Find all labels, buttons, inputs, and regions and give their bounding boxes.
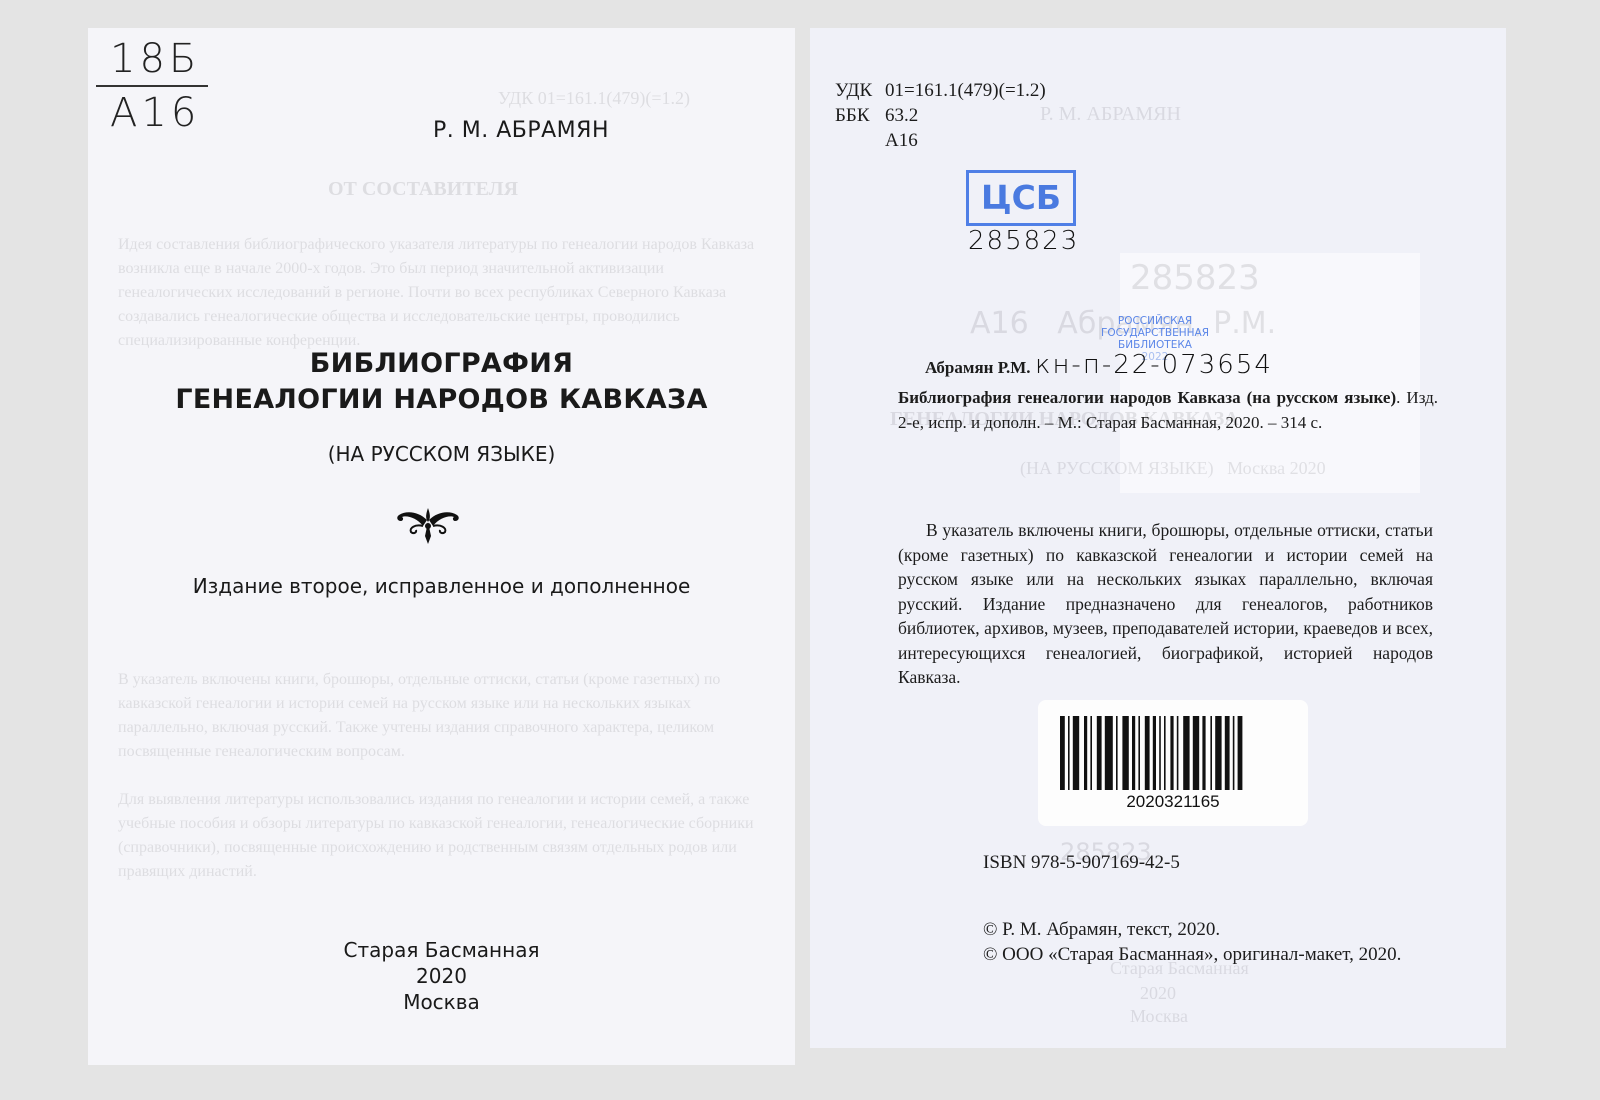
publication-year: 2020 bbox=[88, 964, 795, 988]
bibliographic-description: Библиография генеалогии народов Кавказа … bbox=[898, 386, 1438, 435]
barcode-sticker: 2020321165 bbox=[1038, 700, 1308, 826]
book-subtitle: (НА РУССКОМ ЯЗЫКЕ) bbox=[88, 442, 795, 466]
book-title-line1: БИБЛИОГРАФИЯ bbox=[88, 348, 795, 379]
bibliographic-title: Библиография генеалогии народов Кавказа … bbox=[898, 388, 1396, 407]
rgb-stamp-line1: РОССИЙСКАЯ bbox=[1090, 315, 1220, 327]
imprint-page: Р. М. АБРАМЯН 285823 А16 Абрамян, Р.М. Г… bbox=[810, 28, 1506, 1048]
bibliographic-author: Абрамян Р.М. bbox=[925, 358, 1031, 378]
bleed-through-text: Идея составления библиографического указ… bbox=[118, 233, 758, 353]
copyright-author: © Р. М. Абрамян, текст, 2020. bbox=[983, 919, 1220, 941]
bbk-value: 63.2 bbox=[885, 105, 918, 126]
author-name: Р. М. АБРАМЯН bbox=[433, 118, 713, 143]
udk-label: УДК bbox=[835, 80, 885, 102]
shelf-mark-top: 18Б bbox=[110, 36, 200, 82]
bleed-through-text: Для выявления литературы использовались … bbox=[118, 788, 758, 884]
udk-value: 01=161.1(479)(=1.2) bbox=[885, 80, 1046, 101]
rgb-stamp-line2: ГОСУДАРСТВЕННАЯ bbox=[1090, 327, 1220, 339]
library-stamp: ЦСБ bbox=[966, 170, 1076, 226]
annotation-text: В указатель включены книги, брошюры, отд… bbox=[898, 518, 1433, 690]
bleed-through-text: 2020 bbox=[1140, 983, 1176, 1004]
bleed-through-text: 285823 bbox=[1130, 258, 1260, 298]
author-mark: А16 bbox=[885, 130, 918, 152]
bleed-through-text: Р. М. АБРАМЯН bbox=[1040, 103, 1181, 126]
bleed-through-text: УДК 01=161.1(479)(=1.2) bbox=[498, 88, 690, 109]
barcode-number: 2020321165 bbox=[1038, 792, 1308, 812]
title-page: УДК 01=161.1(479)(=1.2) ОТ СОСТАВИТЕЛЯ И… bbox=[88, 28, 795, 1065]
bbk-label: ББК bbox=[835, 105, 885, 127]
bleed-through-text: Москва bbox=[1130, 1006, 1188, 1027]
publisher-name: Старая Басманная bbox=[88, 938, 795, 962]
barcode-icon bbox=[1060, 716, 1290, 790]
bleed-through-text: (НА РУССКОМ ЯЗЫКЕ) Москва 2020 bbox=[1020, 458, 1326, 479]
book-title-line2: ГЕНЕАЛОГИИ НАРОДОВ КАВКАЗА bbox=[88, 384, 795, 415]
fleuron-ornament-icon bbox=[393, 506, 463, 546]
bleed-through-text: В указатель включены книги, брошюры, отд… bbox=[118, 668, 758, 764]
shelf-mark-bottom: А16 bbox=[110, 90, 200, 136]
bleed-through-text: ОТ СОСТАВИТЕЛЯ bbox=[328, 178, 518, 201]
edition-statement: Издание второе, исправленное и дополненн… bbox=[88, 574, 795, 598]
bbk-line: ББК63.2 bbox=[835, 105, 918, 127]
udk-line: УДК01=161.1(479)(=1.2) bbox=[835, 80, 1046, 102]
acquisition-number: кн-п-22-073654 bbox=[1035, 350, 1273, 380]
inventory-number: 285823 bbox=[968, 226, 1079, 256]
publication-city: Москва bbox=[88, 990, 795, 1014]
shelf-mark-divider bbox=[96, 85, 208, 87]
isbn: ISBN 978-5-907169-42-5 bbox=[983, 852, 1180, 874]
copyright-publisher: © ООО «Старая Басманная», оригинал-макет… bbox=[983, 944, 1401, 966]
